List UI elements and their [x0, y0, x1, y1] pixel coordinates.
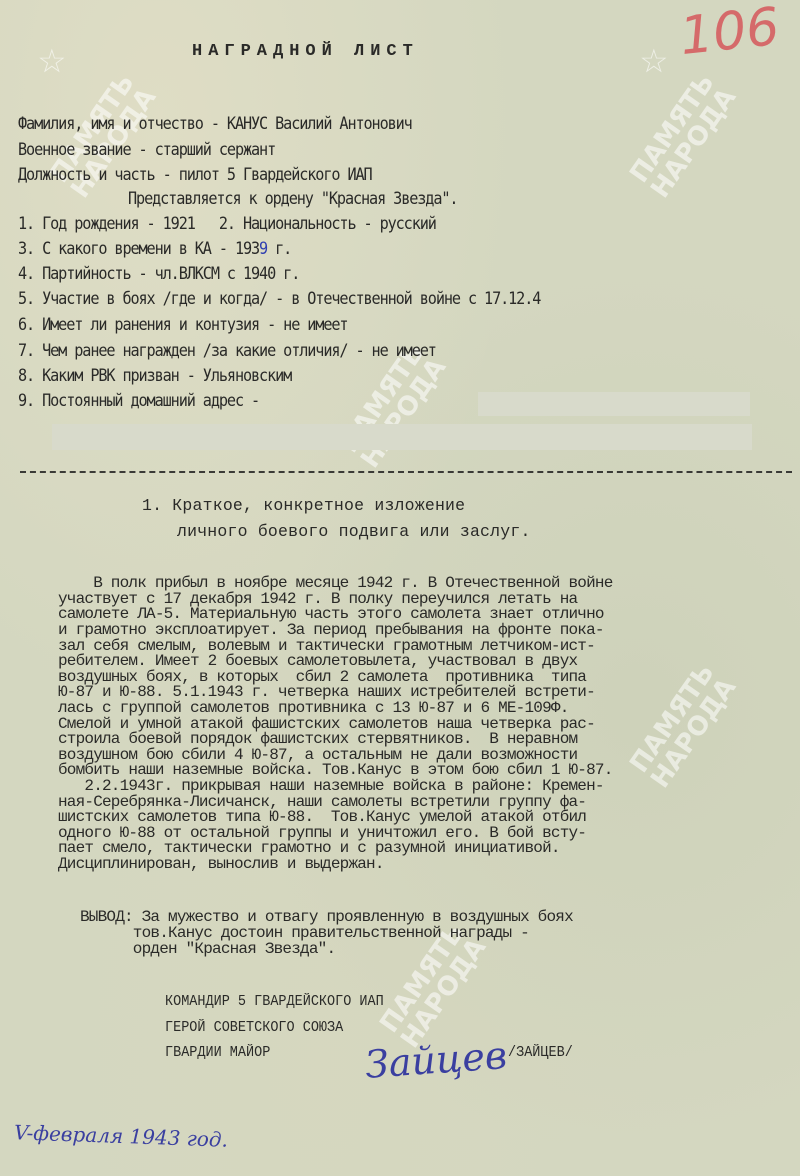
item-3: 3. С какого времени в КА - 1939 г.	[18, 239, 291, 258]
narrative-line: бомбить наши наземные войска. Тов.Канус …	[58, 763, 613, 778]
rank-field: Военное звание - старший сержант	[18, 140, 275, 159]
item-3-text: 3. С какого времени в КА - 193	[18, 239, 259, 258]
handwritten-date: V-февраля 1943 год.	[14, 1120, 229, 1151]
item-7: 7. Чем ранее награжден /за какие отличия…	[18, 341, 436, 360]
signature-title: ГВАРДИИ МАЙОР	[165, 1044, 270, 1061]
watermark: ПАМЯТЬНАРОДА	[626, 659, 741, 792]
narrative-line: строила боевой порядок фашистских стервя…	[58, 732, 577, 747]
narrative-line: Дисциплинирован, вынослив и выдержан.	[58, 857, 384, 872]
item-6: 6. Имеет ли ранения и контузия - не имее…	[18, 315, 347, 334]
narrative-line: ребителем. Имеет 2 боевых самолетовылета…	[58, 654, 577, 669]
narrative-line: шистских самолетов типа Ю-88. Тов.Канус …	[58, 810, 586, 825]
narrative-line: Ю-87 и Ю-88. 5.1.1943 г. четверка наших …	[58, 685, 595, 700]
conclusion-line: орден "Красная Звезда".	[80, 942, 335, 957]
signature-title: КОМАНДИР 5 ГВАРДЕЙСКОГО ИАП	[165, 993, 384, 1010]
narrative-line: и грамотно эксплоатирует. За период преб…	[58, 623, 604, 638]
watermark-star-icon: ☆	[38, 30, 66, 87]
item-9: 9. Постоянный домашний адрес -	[18, 391, 259, 410]
narrative-line: пает смело, тактически грамотно и с разу…	[58, 841, 560, 856]
item-4: 4. Партийность - чл.ВЛКСМ с 1940 г.	[18, 264, 299, 283]
award-field: Представляется к ордену "Красная Звезда"…	[128, 189, 457, 208]
handwritten-signature: Зайцев	[364, 1033, 509, 1087]
item-1-2: 1. Год рождения - 1921 2. Национальность…	[18, 214, 436, 233]
narrative-line: самолете ЛА-5. Материальную часть этого …	[58, 607, 604, 622]
watermark: ПАМЯТЬНАРОДА	[626, 69, 741, 202]
section-heading: 1. Краткое, конкретное изложение	[142, 498, 465, 513]
redacted-address	[52, 424, 752, 450]
section-divider	[20, 471, 792, 473]
name-field: Фамилия, имя и отчество - КАНУС Василий …	[18, 114, 412, 133]
narrative-line: 2.2.1943г. прикрывая наши наземные войск…	[58, 779, 604, 794]
document-title: НАГРАДНОЙ ЛИСТ	[192, 42, 419, 61]
item-5: 5. Участие в боях /где и когда/ - в Отеч…	[18, 289, 540, 308]
item-3-suffix: г.	[267, 239, 291, 258]
narrative-line: лась с группой самолетов противника с 13…	[58, 701, 569, 716]
position-field: Должность и часть - пилот 5 Гвардейского…	[18, 165, 372, 184]
item-8: 8. Каким РВК призван - Ульяновским	[18, 366, 291, 385]
redacted-address	[478, 392, 750, 416]
conclusion-line: ВЫВОД: За мужество и отвагу проявленную …	[80, 910, 573, 925]
signature-title: ГЕРОЙ СОВЕТСКОГО СОЮЗА	[165, 1019, 343, 1036]
section-heading: личного боевого подвига или заслуг.	[177, 524, 531, 539]
signature-name: /ЗАЙЦЕВ/	[508, 1044, 573, 1061]
handwritten-digit: 9	[259, 239, 267, 258]
narrative-line: В полк прибыл в ноябре месяце 1942 г. В …	[58, 576, 613, 591]
watermark-star-icon: ☆	[640, 30, 668, 87]
conclusion-line: тов.Канус достоин правительственной нагр…	[80, 926, 529, 941]
archive-number: 106	[677, 0, 782, 67]
